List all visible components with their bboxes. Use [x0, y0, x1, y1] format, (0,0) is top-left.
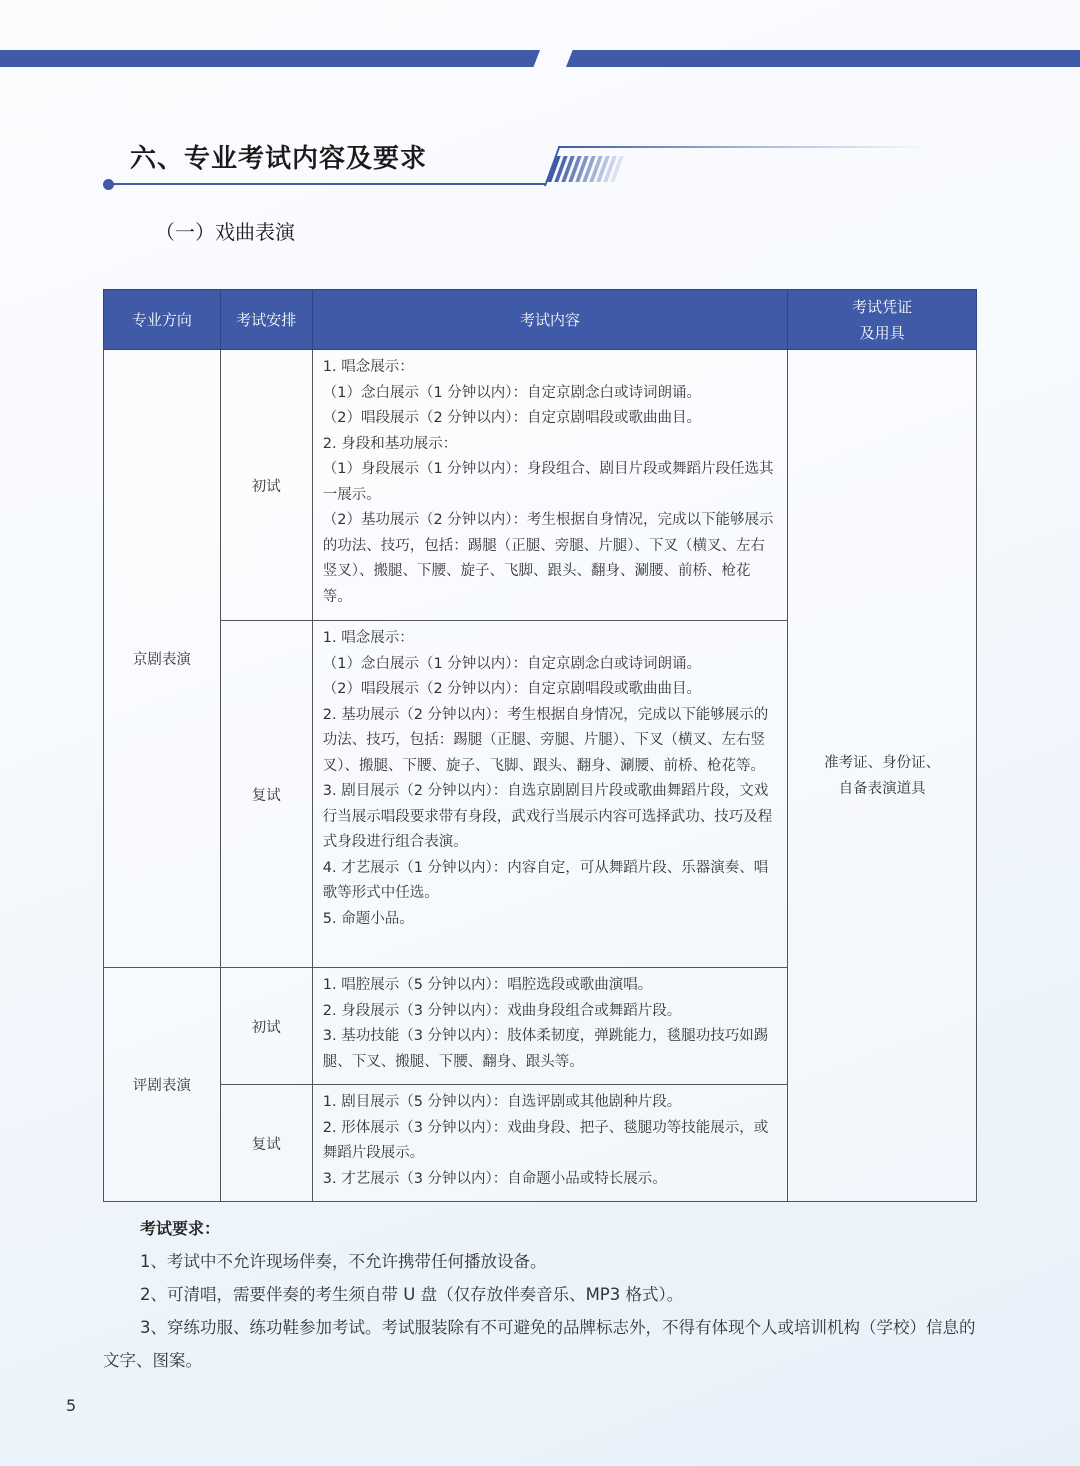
content-line: （1）念白展示（1 分钟以内）：自定京剧念白或诗词朗诵。: [323, 652, 778, 678]
section-heading: 六、专业考试内容及要求: [100, 130, 860, 200]
header-major: 专业方向: [104, 290, 221, 350]
content-line: 1. 唱念展示：: [323, 626, 778, 652]
content-line: （1）身段展示（1 分钟以内）：身段组合、剧目片段或舞蹈片段任选其一展示。: [323, 457, 778, 508]
title-top-line: [558, 146, 928, 148]
stage-preliminary: 初试: [220, 350, 312, 621]
major-peking-opera: 京剧表演: [104, 350, 221, 968]
header-content: 考试内容: [312, 290, 787, 350]
content-line: 2. 身段和基功展示：: [323, 432, 778, 458]
content-line: （1）念白展示（1 分钟以内）：自定京剧念白或诗词朗诵。: [323, 381, 778, 407]
stage-final: 复试: [220, 1085, 312, 1202]
requirement-item: 1、考试中不允许现场伴奏，不允许携带任何播放设备。: [103, 1245, 983, 1278]
content-line: 4. 才艺展示（1 分钟以内）：内容自定，可从舞蹈片段、乐器演奏、唱歌等形式中任…: [323, 856, 778, 907]
credentials-cell: 准考证、身份证、 自备表演道具: [788, 350, 977, 1202]
content-line: （2）基功展示（2 分钟以内）：考生根据自身情况，完成以下能够展示的功法、技巧，…: [323, 508, 778, 610]
top-decorative-band: [0, 50, 1080, 67]
page-number: 5: [66, 1396, 76, 1415]
content-line: 2. 形体展示（3 分钟以内）：戏曲身段、把子、毯腿功等技能展示，或舞蹈片段展示…: [323, 1116, 778, 1167]
header-credentials-line-1: 考试凭证: [788, 294, 976, 320]
table-row: 京剧表演 初试 1. 唱念展示： （1）念白展示（1 分钟以内）：自定京剧念白或…: [104, 350, 977, 621]
title-stripes-decoration: [552, 156, 619, 182]
content-line: 2. 基功展示（2 分钟以内）：考生根据自身情况，完成以下能够展示的功法、技巧，…: [323, 703, 778, 780]
section-title: 六、专业考试内容及要求: [130, 138, 427, 175]
subsection-title: （一）戏曲表演: [155, 216, 295, 245]
band-right-segment: [566, 50, 1080, 67]
content-line: 1. 剧目展示（5 分钟以内）：自选评剧或其他剧种片段。: [323, 1090, 778, 1116]
content-cell: 1. 剧目展示（5 分钟以内）：自选评剧或其他剧种片段。 2. 形体展示（3 分…: [312, 1085, 787, 1202]
content-line: 1. 唱念展示：: [323, 355, 778, 381]
table-header-row: 专业方向 考试安排 考试内容 考试凭证 及用具: [104, 290, 977, 350]
header-credentials-line-2: 及用具: [788, 320, 976, 346]
content-line: 5. 命题小品。: [323, 907, 778, 933]
content-line: （2）唱段展示（2 分钟以内）：自定京剧唱段或歌曲曲目。: [323, 677, 778, 703]
requirement-item: 2、可清唱，需要伴奏的考生须自带 U 盘（仅存放伴奏音乐、MP3 格式）。: [103, 1278, 983, 1311]
content-line: 1. 唱腔展示（5 分钟以内）：唱腔选段或歌曲演唱。: [323, 973, 778, 999]
exam-content-table: 专业方向 考试安排 考试内容 考试凭证 及用具 京剧表演 初试 1. 唱念展示：…: [103, 289, 977, 1202]
content-cell: 1. 唱念展示： （1）念白展示（1 分钟以内）：自定京剧念白或诗词朗诵。 （2…: [312, 350, 787, 621]
title-underline: [110, 183, 545, 185]
stage-preliminary: 初试: [220, 968, 312, 1085]
requirements-title: 考试要求：: [103, 1212, 983, 1245]
content-line: 3. 剧目展示（2 分钟以内）：自选京剧剧目片段或歌曲舞蹈片段，文戏行当展示唱段…: [323, 779, 778, 856]
header-schedule: 考试安排: [220, 290, 312, 350]
content-line: 2. 身段展示（3 分钟以内）：戏曲身段组合或舞蹈片段。: [323, 999, 778, 1025]
content-line: （2）唱段展示（2 分钟以内）：自定京剧唱段或歌曲曲目。: [323, 406, 778, 432]
content-cell: 1. 唱腔展示（5 分钟以内）：唱腔选段或歌曲演唱。 2. 身段展示（3 分钟以…: [312, 968, 787, 1085]
header-credentials: 考试凭证 及用具: [788, 290, 977, 350]
exam-requirements: 考试要求： 1、考试中不允许现场伴奏，不允许携带任何播放设备。 2、可清唱，需要…: [103, 1212, 983, 1377]
stage-final: 复试: [220, 621, 312, 968]
content-cell: 1. 唱念展示： （1）念白展示（1 分钟以内）：自定京剧念白或诗词朗诵。 （2…: [312, 621, 787, 968]
requirement-item: 3、穿练功服、练功鞋参加考试。考试服装除有不可避免的品牌标志外，不得有体现个人或…: [103, 1311, 983, 1377]
credentials-line-2: 自备表演道具: [788, 776, 976, 802]
content-line: 3. 才艺展示（3 分钟以内）：自命题小品或特长展示。: [323, 1167, 778, 1193]
band-left-segment: [0, 50, 540, 67]
content-line: 3. 基功技能（3 分钟以内）：肢体柔韧度，弹跳能力，毯腿功技巧如踢腿、下叉、搬…: [323, 1024, 778, 1075]
credentials-line-1: 准考证、身份证、: [788, 750, 976, 776]
major-ping-opera: 评剧表演: [104, 968, 221, 1202]
